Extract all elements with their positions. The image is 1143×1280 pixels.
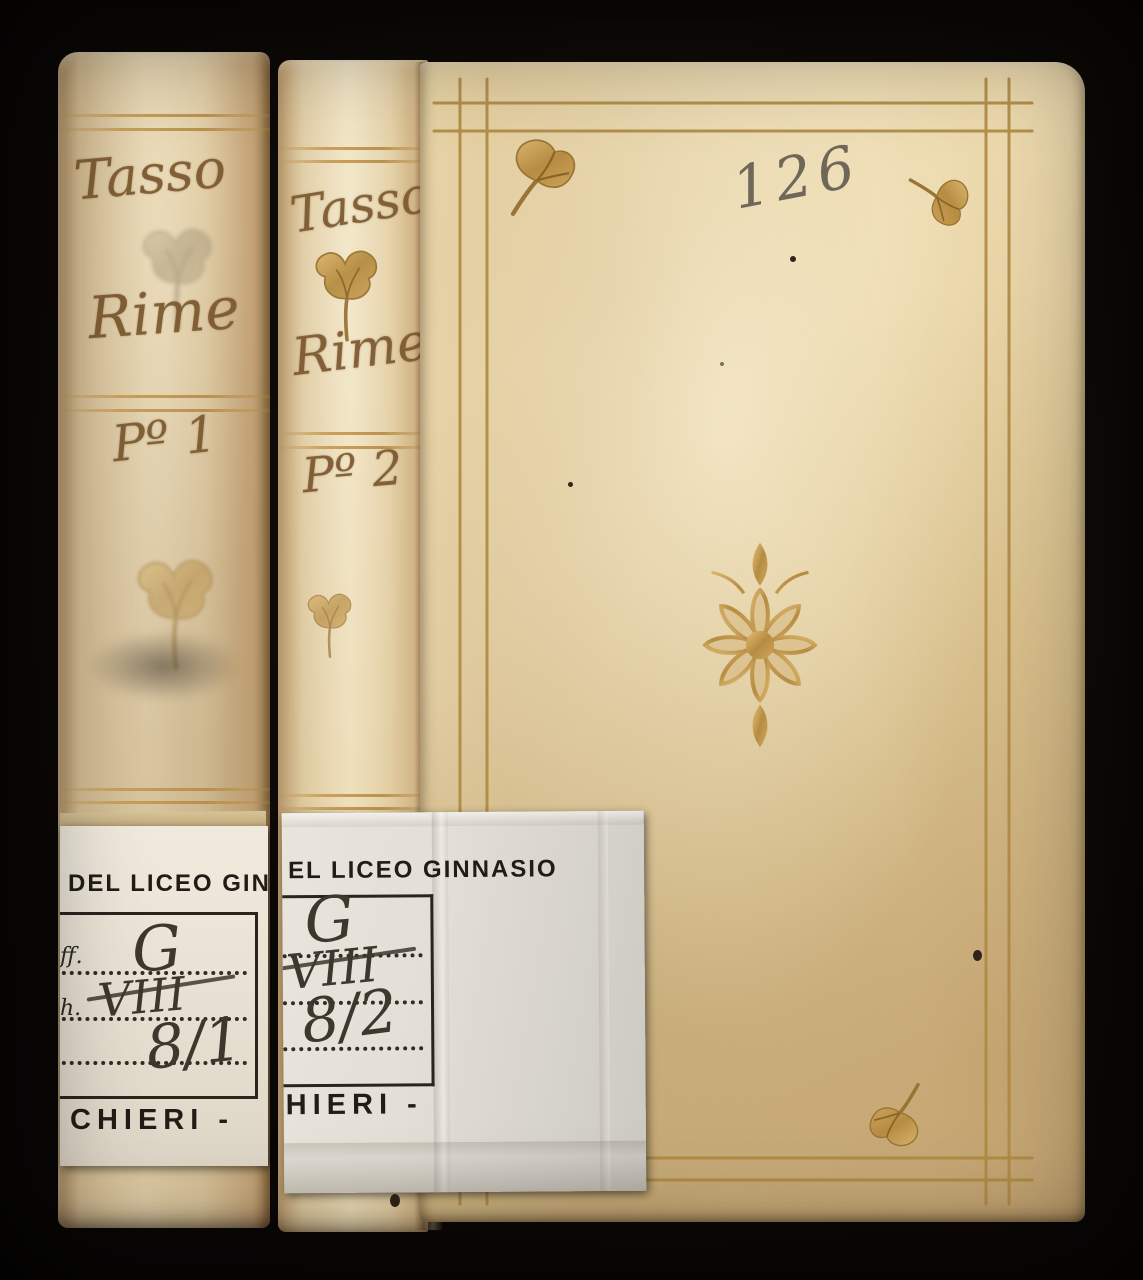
wormhole-speck [720,362,724,366]
gilt-band [58,114,270,117]
corner-leaf-ornament-icon [907,177,969,227]
call-row-prefix: ff. [60,944,83,969]
library-label-volume-1: DEL LICEO GINN ff. h. G VIII 8/1 CHIERI … [60,826,268,1166]
library-label-volume-2: EL LICEO GINNASIO G VIII 8/2 HIERI - [282,811,647,1194]
spine-handwritten-author: Tasso [72,141,228,208]
wormhole-speck [390,1194,400,1207]
gilt-band [58,128,270,131]
gilt-band [58,395,270,398]
corner-leaf-ornament-icon [509,138,578,222]
center-rosette-ornament-icon [705,546,815,743]
gilt-band [278,432,428,435]
wormhole-speck [790,256,796,262]
wormhole-speck [568,482,573,487]
book-volume-1-spine: Tasso Rime Pº 1 DEL LICEO GINN ff. h. G … [58,52,270,1228]
call-value-number: 8/1 [143,1009,245,1079]
gilt-band [278,794,428,797]
photo-backdrop: Tasso Rime Pº 1 DEL LICEO GINN ff. h. G … [0,0,1143,1280]
wormhole-speck [973,950,982,961]
gilt-band [278,147,428,150]
spine-fleuron-icon [298,588,362,658]
gilt-band [278,807,428,810]
label-footer-text: CHIERI - [70,1104,234,1137]
label-footer-text: HIERI - [286,1088,423,1122]
gilt-band [58,788,270,791]
label-header-text: EL LICEO GINNASIO [288,855,558,885]
spine-handwritten-volume: Pº 2 [300,444,404,501]
paper-crease [598,811,611,1191]
label-header-text: DEL LICEO GINN [68,870,268,898]
call-row-prefix: h. [60,996,81,1021]
spine-handwritten-title: Rime [289,316,430,384]
soiling-smudge [86,630,241,702]
spine-handwritten-author: Tasso [287,169,434,240]
spine-handwritten-volume: Pº 1 [110,409,220,470]
book-volume-2: Tasso Rime Pº 2 [278,56,1085,1238]
paper-fold [282,811,644,828]
corner-leaf-ornament-icon [869,1081,922,1147]
gilt-band [278,160,428,163]
paper-fold [284,1141,646,1194]
gilt-band [58,801,270,804]
spine-handwritten-title: Rime [86,279,241,347]
call-value-number: 8/2 [298,981,401,1053]
